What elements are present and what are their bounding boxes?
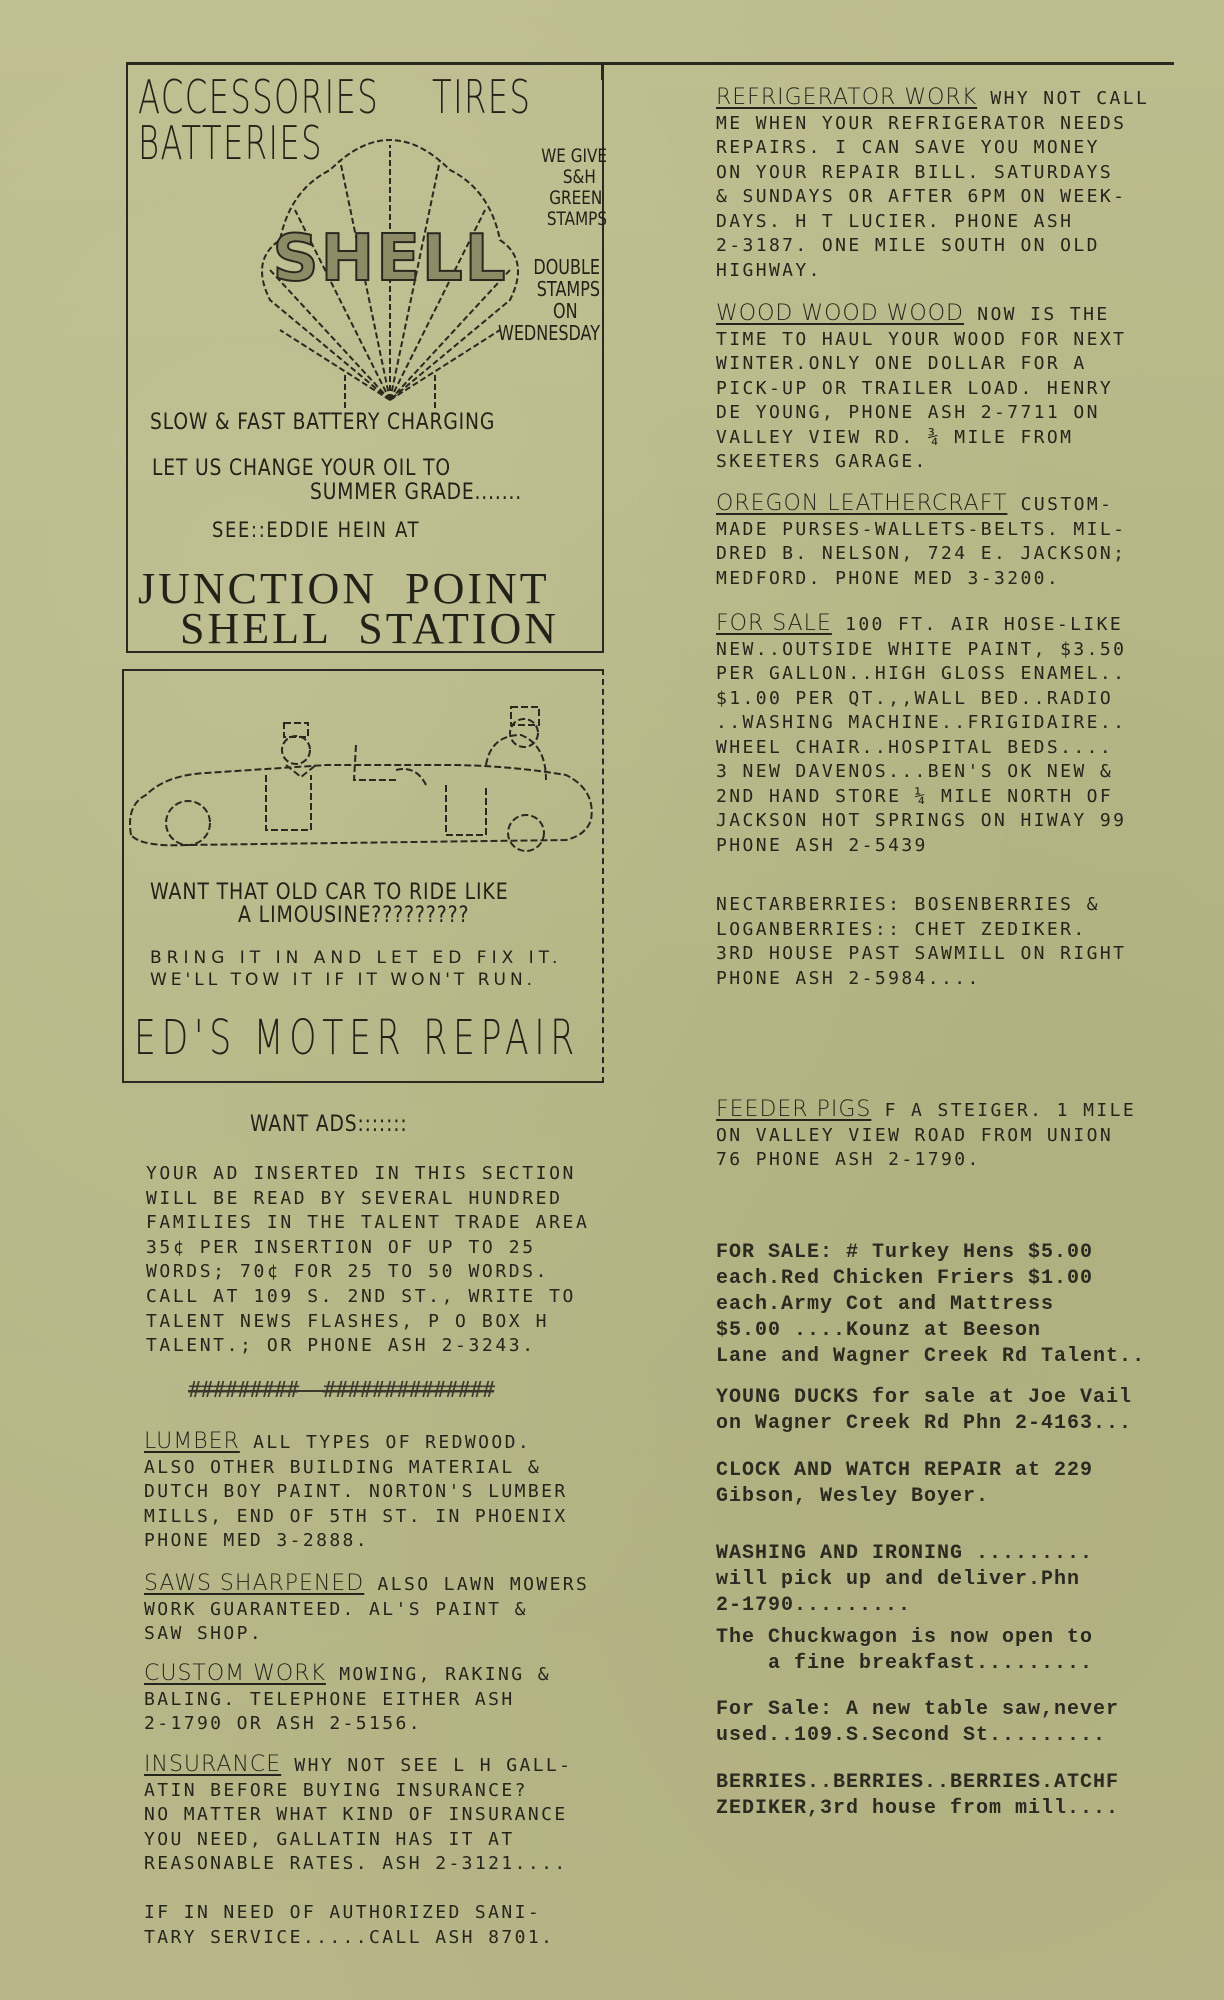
ad-heading: INSURANCE: [144, 1752, 281, 1777]
battery-charging: SLOW & FAST BATTERY CHARGING: [150, 410, 495, 435]
ad-heading: REFRIGERATOR WORK: [716, 85, 977, 110]
ad-body: 100 FT. AIR HOSE-LIKE NEW..OUTSIDE WHITE…: [716, 614, 1126, 856]
oil-change-line1: LET US CHANGE YOUR OIL TO: [152, 456, 451, 481]
typewriter-ad: CLOCK AND WATCH REPAIR at 229 Gibson, We…: [716, 1458, 1093, 1510]
want-ad: FEEDER PIGS F A STEIGER. 1 MILE ON VALLE…: [716, 1098, 1136, 1173]
ad-body: NOW IS THE TIME TO HAUL YOUR WOOD FOR NE…: [716, 304, 1126, 472]
shell-tires: TIRES: [432, 70, 531, 124]
want-ad: NECTARBERRIES: BOSENBERRIES & LOGANBERRI…: [716, 892, 1126, 991]
want-ads-intro: YOUR AD INSERTED IN THIS SECTION WILL BE…: [146, 1162, 589, 1359]
double-stamps-text: DOUBLE STAMPS ON WEDNESDAY: [496, 256, 600, 344]
oil-change-line2: SUMMER GRADE.......: [310, 480, 522, 505]
station-name-line2: SHELL STATION: [180, 603, 559, 654]
typewriter-ad: WASHING AND IRONING ......... will pick …: [716, 1541, 1093, 1619]
ad-body: IF IN NEED OF AUTHORIZED SANI- TARY SERV…: [144, 1902, 554, 1948]
ad-heading: OREGON LEATHERCRAFT: [716, 491, 1007, 516]
car-cartoon-icon: [126, 705, 596, 855]
ad-body: WHY NOT CALL ME WHEN YOUR REFRIGERATOR N…: [716, 88, 1149, 281]
ad-heading: FEEDER PIGS: [716, 1097, 871, 1122]
ad-heading: SAWS SHARPENED: [144, 1571, 364, 1596]
want-ad: WOOD WOOD WOOD NOW IS THE TIME TO HAUL Y…: [716, 302, 1126, 475]
want-ad: SAWS SHARPENED ALSO LAWN MOWERS WORK GUA…: [144, 1572, 589, 1647]
want-ad: REFRIGERATOR WORK WHY NOT CALL ME WHEN Y…: [716, 86, 1149, 283]
want-ad: OREGON LEATHERCRAFT CUSTOM- MADE PURSES-…: [716, 492, 1126, 591]
ad-heading: WOOD WOOD WOOD: [716, 301, 964, 326]
ad-heading: FOR SALE: [716, 611, 832, 636]
ed-body-line1: BRING IT IN AND LET ED FIX IT.: [150, 948, 562, 968]
want-ads-title: WANT ADS:::::::: [250, 1112, 408, 1137]
want-ad: IF IN NEED OF AUTHORIZED SANI- TARY SERV…: [144, 1900, 554, 1950]
ad-heading: CUSTOM WORK: [144, 1661, 326, 1686]
want-ad: CUSTOM WORK MOWING, RAKING & BALING. TEL…: [144, 1662, 551, 1737]
green-stamps-text: WE GIVE S&H GREEN STAMPS: [517, 146, 607, 230]
typewriter-ad: BERRIES..BERRIES..BERRIES.ATCHF ZEDIKER,…: [716, 1770, 1119, 1822]
typewriter-ad: For Sale: A new table saw,never used..10…: [716, 1697, 1119, 1749]
ed-headline-line1: WANT THAT OLD CAR TO RIDE LIKE: [150, 880, 509, 905]
want-ads-divider: ######### ##############: [188, 1378, 494, 1403]
ed-business-name: ED'S MOTER REPAIR: [134, 1010, 580, 1066]
typewriter-ad: YOUNG DUCKS for sale at Joe Vail on Wagn…: [716, 1385, 1132, 1437]
ad-heading: LUMBER: [144, 1429, 240, 1454]
shell-logo-word: SHELL: [273, 222, 508, 296]
see-eddie-hein: SEE::EDDIE HEIN AT: [212, 518, 420, 542]
want-ad: LUMBER ALL TYPES OF REDWOOD. ALSO OTHER …: [144, 1430, 568, 1554]
shell-logo-icon: SHELL: [250, 130, 530, 410]
ed-headline-line2: A LIMOUSINE?????????: [238, 903, 469, 928]
want-ad: INSURANCE WHY NOT SEE L H GALL- ATIN BEF…: [144, 1753, 572, 1877]
ad-body: NECTARBERRIES: BOSENBERRIES & LOGANBERRI…: [716, 894, 1126, 989]
typewriter-ad: The Chuckwagon is now open to a fine bre…: [716, 1625, 1093, 1677]
want-ad: FOR SALE 100 FT. AIR HOSE-LIKE NEW..OUTS…: [716, 612, 1126, 858]
ed-body-line2: WE'LL TOW IT IF IT WON'T RUN.: [150, 970, 536, 990]
typewriter-ad: FOR SALE: # Turkey Hens $5.00 each.Red C…: [716, 1240, 1145, 1370]
